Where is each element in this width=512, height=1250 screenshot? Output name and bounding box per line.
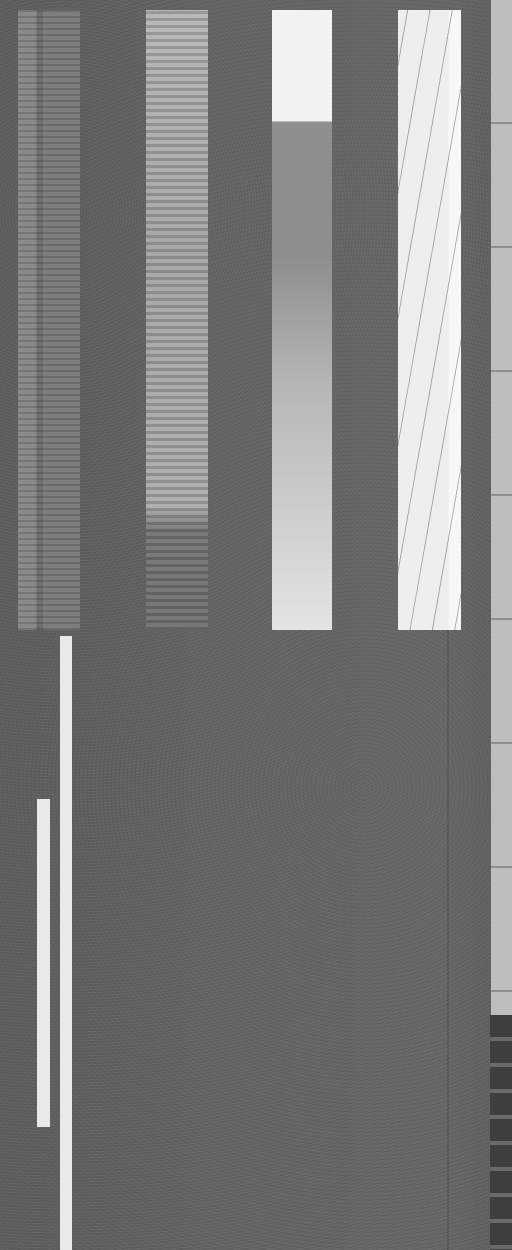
asphalt-seam xyxy=(447,630,449,1250)
crosswalk-stripe-worn-1 xyxy=(18,10,80,630)
paver-stones xyxy=(490,1015,512,1250)
lane-line-short xyxy=(37,799,50,1127)
road-scene xyxy=(0,0,512,1250)
lane-line-long xyxy=(60,636,72,1250)
crosswalk-stripe-worn-2 xyxy=(146,10,208,630)
crosswalk-stripe-3 xyxy=(272,10,332,630)
crosswalk-stripe-cracked-4 xyxy=(398,10,461,630)
curb xyxy=(491,0,512,1015)
